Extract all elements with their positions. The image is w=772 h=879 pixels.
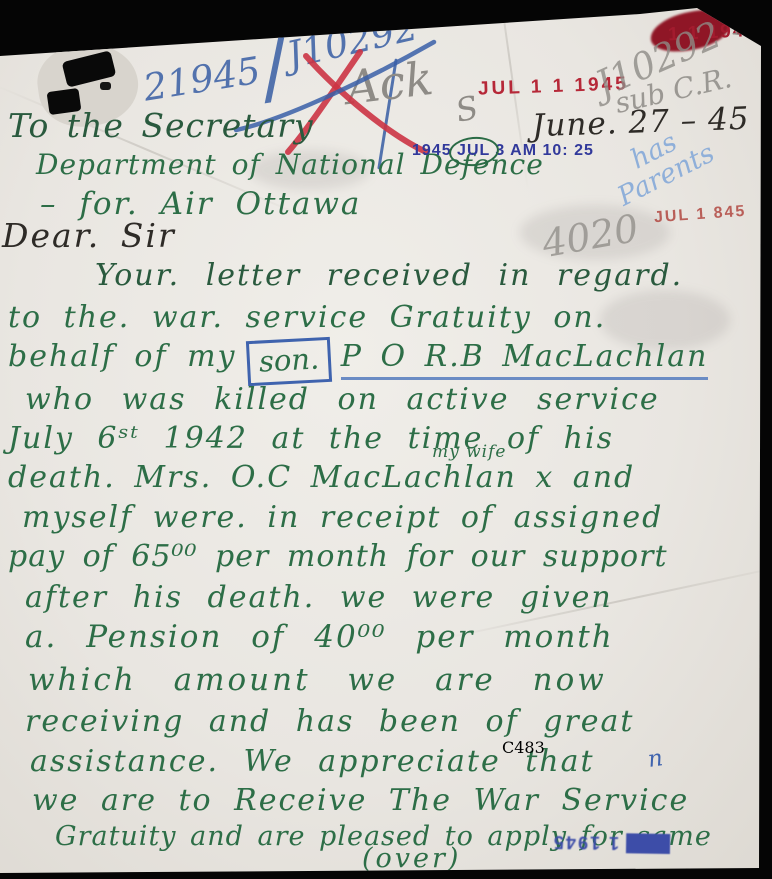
body-line: after his death. we were given bbox=[25, 580, 613, 615]
wife-insert-note: my wife bbox=[432, 442, 506, 462]
c483-crayon-note: C483 bbox=[502, 738, 545, 757]
address-line-secretary: To the Secretary bbox=[8, 106, 314, 145]
boxed-word-son: son. bbox=[245, 337, 331, 386]
scan-backdrop: 21945/J10292 Ack S JUL 1 1 1945 1 1 1945… bbox=[0, 0, 772, 879]
inverted-stamp-rest: 1 1945 bbox=[552, 832, 619, 853]
salutation: Dear. Sir bbox=[2, 216, 176, 255]
inverted-stamp-jul: JUL bbox=[626, 833, 670, 854]
body-line: who was killed on active service bbox=[25, 382, 660, 417]
behalf-text: behalf of my bbox=[8, 339, 237, 374]
casualty-name: P O R.B MacLachlan bbox=[341, 339, 709, 380]
body-line: pay of 65⁰⁰ per month for our support bbox=[8, 539, 668, 574]
blue-check-mark: n bbox=[646, 745, 664, 773]
body-line: death. Mrs. O.C MacLachlan x and bbox=[8, 460, 635, 495]
inverted-date-stamp: JUL 1 1945 bbox=[552, 831, 670, 854]
letter-paper: 21945/J10292 Ack S JUL 1 1 1945 1 1 1945… bbox=[0, 0, 772, 879]
received-time-stamp: 1945 JUL 3 AM 10: 25 bbox=[412, 142, 594, 160]
body-line: to the. war. service Gratuity on. bbox=[8, 300, 606, 335]
body-line: which amount we are now bbox=[28, 662, 607, 698]
check-mark-pencil: N bbox=[732, 11, 760, 45]
body-line: we are to Receive The War Service bbox=[32, 783, 689, 818]
body-line: myself were. in receipt of assigned bbox=[22, 500, 663, 535]
body-line: July 6ˢᵗ 1942 at the time of his bbox=[8, 421, 614, 456]
body-line: Your. letter received in regard. bbox=[95, 258, 683, 293]
over-note: (over) bbox=[362, 843, 461, 874]
body-line: a. Pension of 40⁰⁰ per month bbox=[25, 619, 614, 655]
body-line-behalf: behalf of my son. P O R.B MacLachlan bbox=[8, 339, 708, 384]
body-line: receiving and has been of great bbox=[25, 704, 634, 739]
punch-hole bbox=[100, 82, 111, 90]
date-stamp-jul-1845: JUL 1 845 bbox=[653, 203, 746, 227]
